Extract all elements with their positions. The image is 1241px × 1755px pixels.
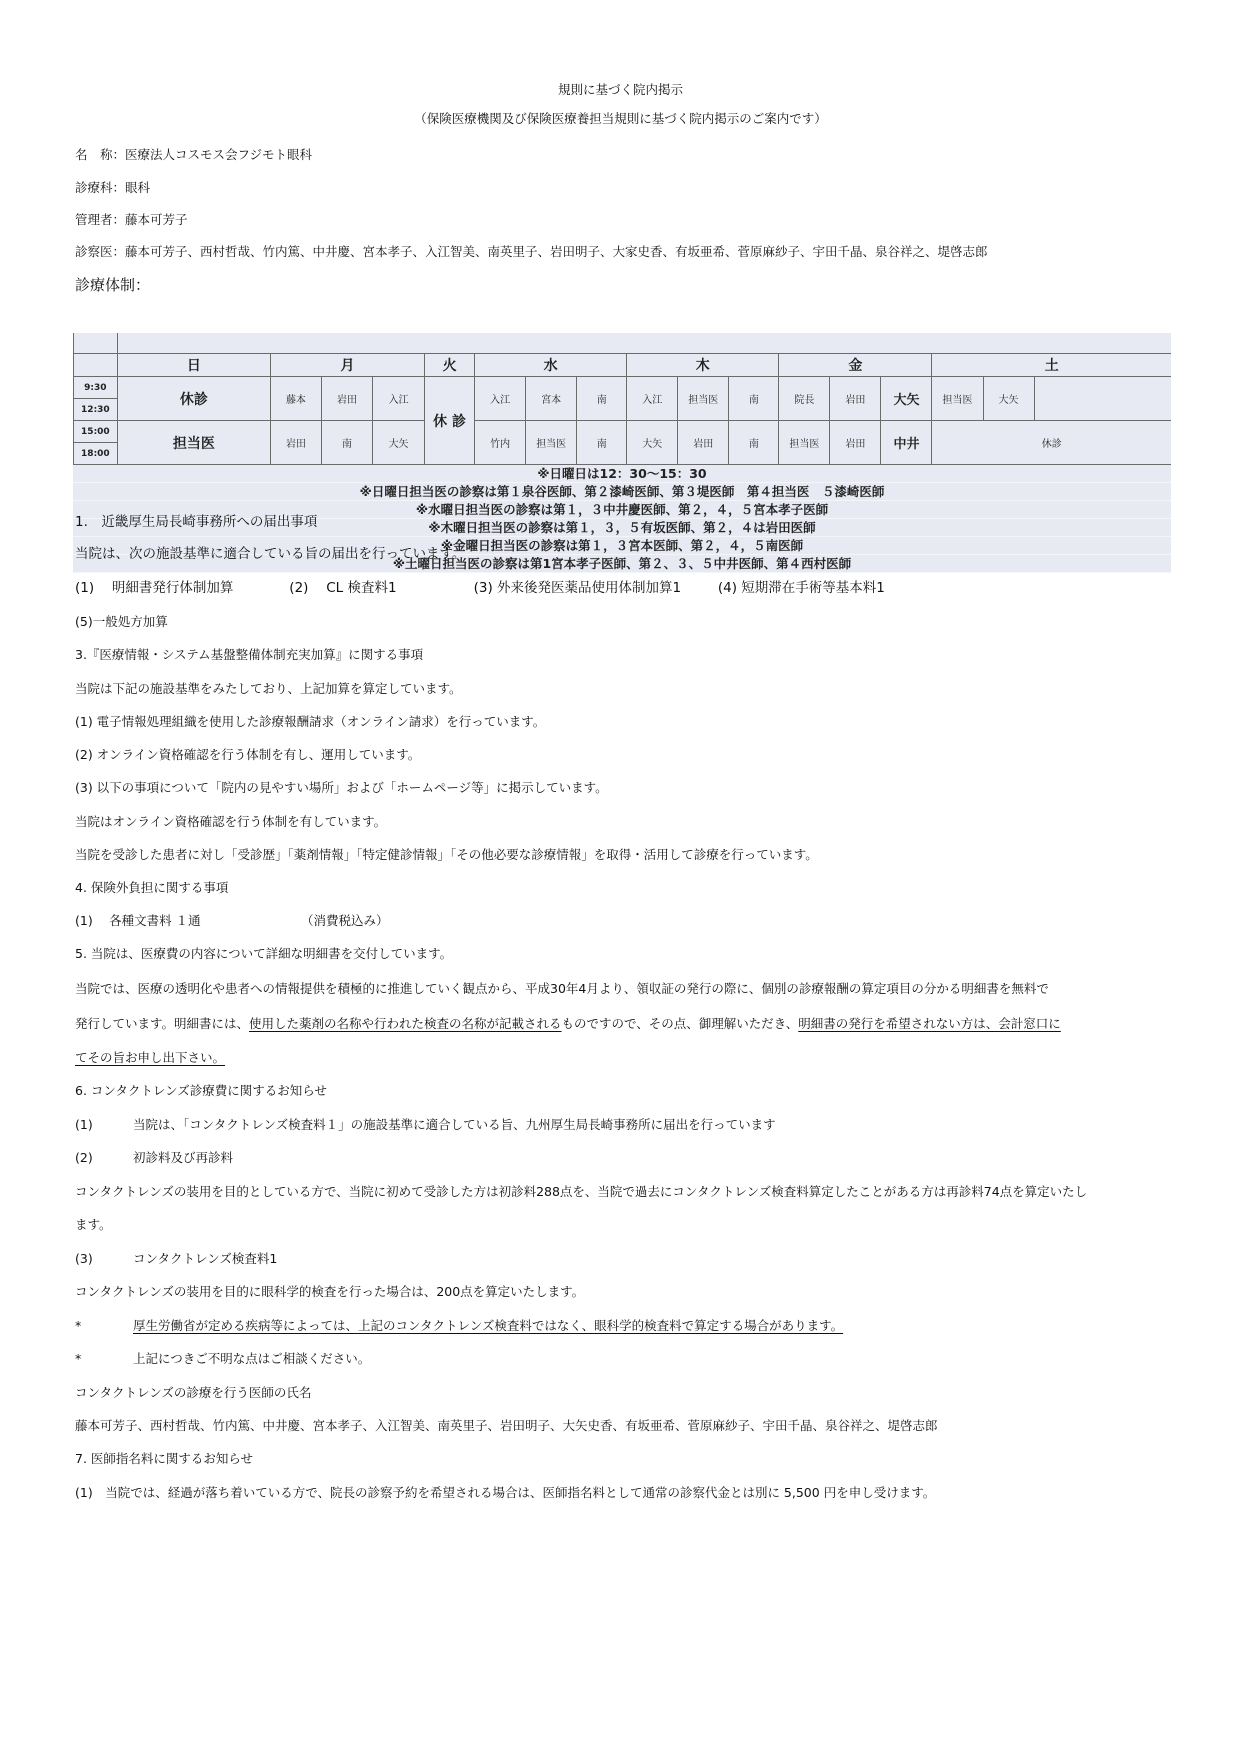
section1-item-1: (1) 明細書発行体制加算 — [75, 580, 285, 596]
wed-am-1: 入江 — [475, 377, 526, 421]
section1-items: (1) 明細書発行体制加算 (2) CL 検査料1 (3) 外来後発医薬品使用体… — [75, 580, 885, 596]
section4-item-tax: （消費税込み） — [301, 913, 389, 928]
section5-underlined-text: 明細書の発行を希望されない方は、会計窓口に — [798, 1016, 1061, 1031]
section5-para-line2: 発行しています。明細書には、使用した薬剤の名称や行われた検査の名称が記載されるも… — [75, 1016, 1061, 1032]
wed-pm-1: 竹内 — [475, 421, 526, 465]
fri-pm-1: 担当医 — [779, 421, 830, 465]
schedule-note: ※日曜日は12：30～15：30 — [73, 465, 1171, 483]
section6-note-2-text: 上記につきご不明な点はご相談ください。 — [133, 1351, 370, 1366]
section7-item-1: (1) 当院では、経過が落ち着いている方で、院長の診察予約を希望される場合は、医… — [75, 1485, 935, 1501]
wed-pm-2: 担当医 — [526, 421, 577, 465]
section6-title: 6. コンタクトレンズ診療費に関するお知らせ — [75, 1083, 327, 1099]
section3-intro: 当院は下記の施設基準をみたしており、上記加算を算定しています。 — [75, 681, 462, 697]
sat-am-1: 担当医 — [932, 377, 983, 421]
section1-title: 1. 近畿厚生局長崎事務所への届出事項 — [75, 514, 317, 530]
asterisk-mark: * — [75, 1351, 133, 1367]
section6-note-2: *上記につきご不明な点はご相談ください。 — [75, 1351, 370, 1367]
section6-item-1: (1)当院は、「コンタクトレンズ検査料１」の施設基準に適合している旨、九州厚生局… — [75, 1117, 776, 1133]
clinic-manager: 管理者：藤本可芳子 — [75, 212, 188, 228]
item-number: (2) — [75, 1150, 133, 1166]
mon-am-1: 藤本 — [270, 377, 321, 421]
section3-note-2: 当院を受診した患者に対し「受診歴」「薬剤情報」「特定健診情報」「その他必要な診療… — [75, 847, 818, 863]
morning-row-1: 9:30 休診 藤本 岩田 入江 休 診 入江 宮本 南 入江 担当医 南 院長… — [74, 377, 1172, 399]
section1-item-2: (2) CL 検査料1 — [289, 580, 469, 596]
wed-pm-3: 南 — [577, 421, 627, 465]
day-tue: 火 — [425, 354, 475, 377]
thu-am-2: 担当医 — [678, 377, 729, 421]
section6-note-1: *厚生労働省が定める疾病等によっては、上記のコンタクトレンズ検査料ではなく、眼科… — [75, 1318, 843, 1334]
section6-item-2-text: 初診料及び再診料 — [133, 1150, 233, 1165]
section4-item-label: (1) 各種文書料 １通 — [75, 913, 297, 929]
thu-pm-3: 南 — [729, 421, 779, 465]
section1-item-4: (4) 短期滞在手術等基本料1 — [718, 580, 885, 596]
day-sun: 日 — [117, 354, 270, 377]
schedule-heading: 診療体制： — [75, 277, 150, 293]
mon-am-3: 入江 — [373, 377, 425, 421]
schedule-note: ※日曜日担当医の診察は第１泉谷医師、第２漆崎医師、第３堤医師 第４担当医 ５漆崎… — [73, 483, 1171, 501]
sat-am-2: 大矢 — [983, 377, 1034, 421]
section1-item-3: (3) 外来後発医薬品使用体制加算1 — [474, 580, 714, 596]
section6-item-3-text: コンタクトレンズ検査料1 — [133, 1251, 277, 1266]
day-fri: 金 — [779, 354, 932, 377]
sun-am: 休診 — [117, 377, 270, 421]
section5-text: ものですので、その点、御理解いただき、 — [562, 1016, 799, 1031]
sat-am-3 — [1034, 377, 1171, 421]
day-mon: 月 — [270, 354, 424, 377]
fri-am-2: 岩田 — [830, 377, 881, 421]
section3-item-3: (3) 以下の事項について「院内の見やすい場所」および「ホームページ等」に掲示し… — [75, 780, 608, 796]
day-thu: 木 — [627, 354, 779, 377]
section3-title: 3.『医療情報・システム基盤整備体制充実加算』に関する事項 — [75, 647, 423, 663]
fri-pm-2: 岩田 — [830, 421, 881, 465]
section6-item-2-para-2: ます。 — [75, 1217, 112, 1233]
clinic-name: 名 称：医療法人コスモス会フジモト眼科 — [75, 147, 312, 163]
mon-pm-2: 南 — [321, 421, 372, 465]
wed-am-3: 南 — [577, 377, 627, 421]
section7-title: 7. 医師指名料に関するお知らせ — [75, 1451, 253, 1467]
section1-intro: 当院は、次の施設基準に適合している旨の届出を行っています。 — [75, 546, 465, 562]
fri-am-3: 大矢 — [881, 377, 932, 421]
day-sat: 土 — [932, 354, 1171, 377]
section6-item-1-text: 当院は、「コンタクトレンズ検査料１」の施設基準に適合している旨、九州厚生局長崎事… — [133, 1117, 776, 1132]
table-top-row — [74, 333, 1172, 354]
section6-item-3: (3)コンタクトレンズ検査料1 — [75, 1251, 277, 1267]
section3-item-2: (2) オンライン資格確認を行う体制を有し、運用しています。 — [75, 747, 420, 763]
section6-doctors-list: 藤本可芳子、西村哲哉、竹内篤、中井慶、宮本孝子、入江智美、南英里子、岩田明子、大… — [75, 1418, 938, 1434]
wed-am-2: 宮本 — [526, 377, 577, 421]
section4-item-1: (1) 各種文書料 １通 （消費税込み） — [75, 913, 389, 929]
section6-item-2-para-1: コンタクトレンズの装用を目的としている方で、当院に初めて受診した方は初診料288… — [75, 1184, 1087, 1200]
section5-text: 発行しています。明細書には、 — [75, 1016, 249, 1031]
tue-closed: 休 診 — [425, 377, 475, 465]
thu-am-1: 入江 — [627, 377, 678, 421]
section3-note-1: 当院はオンライン資格確認を行う体制を有しています。 — [75, 814, 386, 830]
section6-doctors-heading: コンタクトレンズの診療を行う医師の氏名 — [75, 1385, 311, 1401]
section4-title: 4. 保険外負担に関する事項 — [75, 880, 228, 896]
section5-title: 5. 当院は、医療費の内容について詳細な明細書を交付しています。 — [75, 946, 452, 962]
time-end-pm: 18:00 — [74, 443, 118, 465]
sun-pm: 担当医 — [117, 421, 270, 465]
section6-item-2: (2)初診料及び再診料 — [75, 1150, 233, 1166]
mon-am-2: 岩田 — [321, 377, 372, 421]
item-number: (1) — [75, 1117, 133, 1133]
schedule-table: 日 月 火 水 木 金 土 9:30 休診 藤本 岩田 入江 休 診 入江 宮本… — [73, 333, 1171, 573]
section5-para-line3: てその旨お申し出下さい。 — [75, 1050, 225, 1066]
fri-pm-3: 中井 — [881, 421, 932, 465]
section5-underlined-text: 使用した薬剤の名称や行われた検査の名称が記載される — [249, 1016, 562, 1031]
fri-am-1: 院長 — [779, 377, 830, 421]
thu-am-3: 南 — [729, 377, 779, 421]
section5-para-line1: 当院では、医療の透明化や患者への情報提供を積極的に推進していく観点から、平成30… — [75, 981, 1049, 997]
document-subtitle: （保険医療機関及び保険医療養担当規則に基づく院内掲示のご案内です） — [0, 109, 1241, 127]
time-start-pm: 15:00 — [74, 421, 118, 443]
day-wed: 水 — [475, 354, 627, 377]
item-number: (3) — [75, 1251, 133, 1267]
day-header-row: 日 月 火 水 木 金 土 — [74, 354, 1172, 377]
section3-item-1: (1) 電子情報処理組織を使用した診療報酬請求（オンライン請求）を行っています。 — [75, 714, 545, 730]
clinic-doctors: 診察医：藤本可芳子、西村哲哉、竹内篤、中井慶、宮本孝子、入江智美、南英里子、岩田… — [75, 244, 988, 260]
mon-pm-1: 岩田 — [270, 421, 321, 465]
thu-pm-1: 大矢 — [627, 421, 678, 465]
afternoon-row-1: 15:00 担当医 岩田 南 大矢 竹内 担当医 南 大矢 岩田 南 担当医 岩… — [74, 421, 1172, 443]
asterisk-mark: * — [75, 1318, 133, 1334]
section1-item-5: (5)一般処方加算 — [75, 614, 168, 630]
time-start-am: 9:30 — [74, 377, 118, 399]
section6-item-3-para: コンタクトレンズの装用を目的に眼科学的検査を行った場合は、200点を算定いたしま… — [75, 1284, 584, 1300]
document-title: 規則に基づく院内掲示 — [0, 80, 1241, 98]
mon-pm-3: 大矢 — [373, 421, 425, 465]
clinic-department: 診療科：眼科 — [75, 180, 150, 196]
thu-pm-2: 岩田 — [678, 421, 729, 465]
time-end-am: 12:30 — [74, 399, 118, 421]
sat-pm: 休診 — [932, 421, 1171, 465]
section6-note-1-text: 厚生労働省が定める疾病等によっては、上記のコンタクトレンズ検査料ではなく、眼科学… — [133, 1318, 843, 1333]
